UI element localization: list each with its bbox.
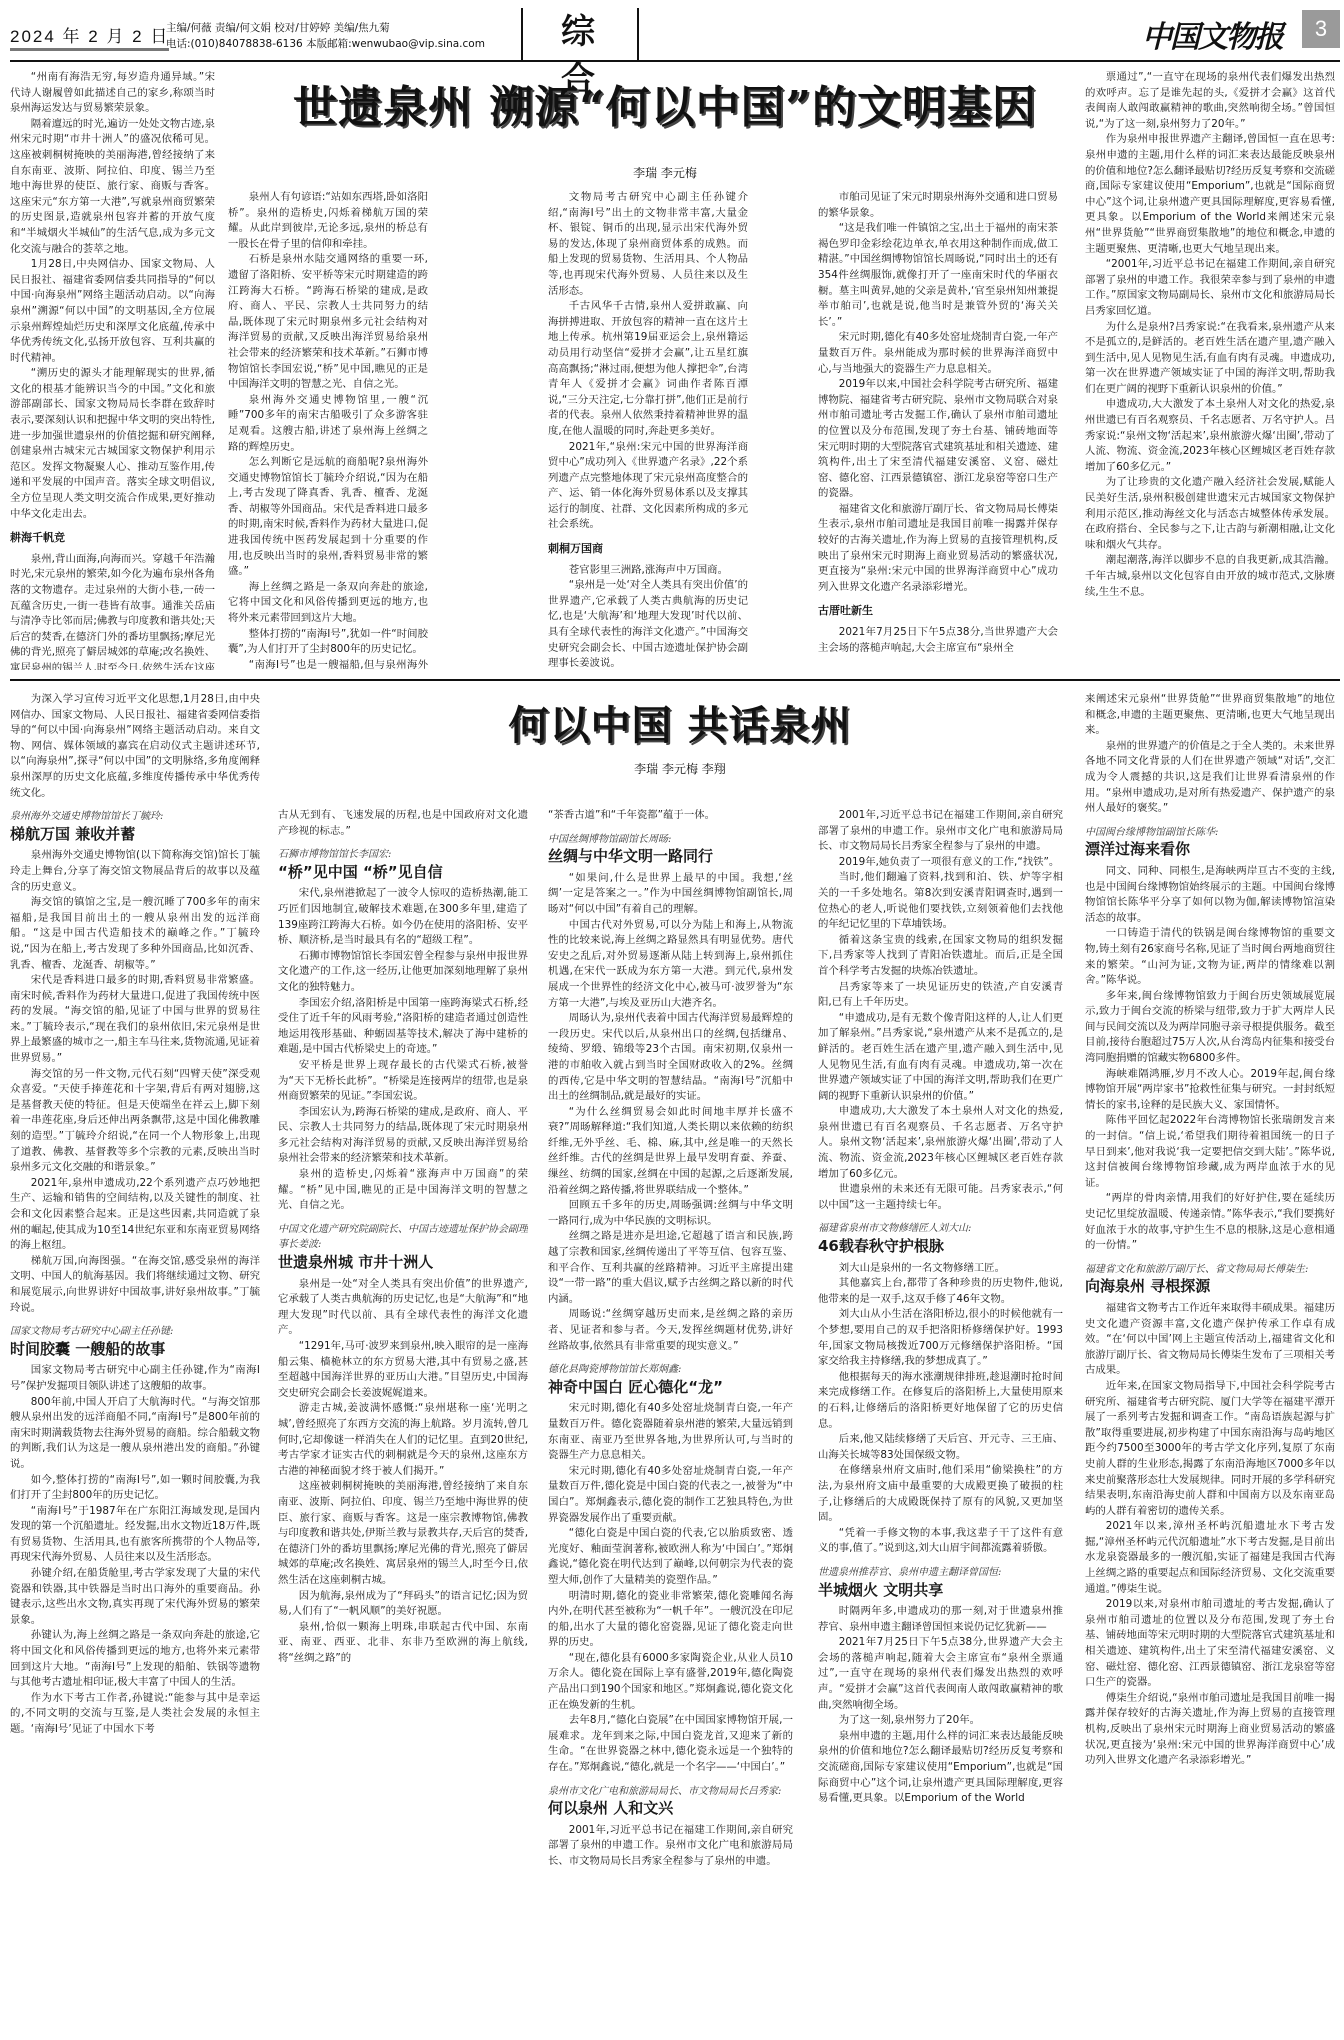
paragraph: 周旸认为,泉州代表着中国古代海洋贸易最辉煌的一段历史。宋代以后,从泉州出口的丝绸… <box>548 1011 793 1105</box>
continued-text: “茶香古道”和“千年瓷都”蕴于一体。 <box>548 808 793 824</box>
paragraph: 800年前,中国人开启了大航海时代。“与海交馆那艘从泉州出发的远洋商船不同,“南… <box>10 1395 260 1473</box>
speaker-kicker: 泉州市文化广电和旅游局局长、市文物局局长吕秀家: <box>548 1784 793 1800</box>
speaker-kicker: 国家文物局考古研究中心副主任孙键: <box>10 1324 260 1340</box>
speaker-kicker: 福建省文化和旅游厅副厅长、省文物局局长傅柒生: <box>1085 1262 1335 1278</box>
speaker-kicker: 德化县陶瓷博物馆馆长郑炯鑫: <box>548 1362 793 1378</box>
paragraph: 时隔两年多,申遗成功的那一刻,对于世遗泉州推荐官、泉州申遗主翻译曾国恒来说仍记忆… <box>818 1604 1063 1635</box>
paragraph: 宋代是香料进口最多的时期,香料贸易非常繁盛。南宋时候,香料作为药材大量进口,促进… <box>10 973 260 1067</box>
paragraph: 孙键介绍,在船货舱里,考古学家发现了大量的宋代瓷器和铁器,其中铁器是当时出口海外… <box>10 1566 260 1628</box>
paragraph: 文物局考古研究中心副主任孙键介绍,“南海Ⅰ号”出土的文物非常丰富,大量金杯、银锭… <box>548 190 748 299</box>
paragraph: 海交馆的另一件文物,元代石刻“四臂天使”深受观众喜爱。“天使手捧莲花和十字架,背… <box>10 1067 260 1176</box>
subheading: 耕海千帆竞 <box>10 530 215 546</box>
section-title: 神奇中国白 匠心德化“龙” <box>548 1380 793 1396</box>
paragraph: 2021年7月25日下午5点38分,世界遗产大会主会场的落槌声响起,随着大会主席… <box>818 1635 1063 1713</box>
article1-column-5: 票通过”,“一直守在现场的泉州代表们爆发出热烈的欢呼声。忘了是谁先起的头,《爱拼… <box>1085 70 1335 670</box>
paragraph: 2021年,泉州申遗成功,22个系列遗产点巧妙地把生产、运输和销售的空间结构,以… <box>10 1176 260 1254</box>
article1-column-1: “州南有海浩无穷,每岁造舟通异域。”宋代诗人谢履曾如此描述自己的家乡,称颂当时泉… <box>10 70 215 670</box>
speaker-kicker: 石狮市博物馆馆长李国宏: <box>278 847 528 863</box>
section-title: 综合 <box>521 8 639 60</box>
issue-date: 2024 年 2 月 2 日 <box>10 22 169 51</box>
speaker-kicker: 中国丝绸博物馆副馆长周旸: <box>548 832 793 848</box>
paragraph: 泉州,恰似一颗海上明珠,串联起古代中国、东南亚、南亚、西亚、北非、东非乃至欧洲的… <box>278 1620 528 1667</box>
paragraph: 多年来,闽台缘博物馆致力于闽台历史领域展览展示,致力于闽台交流的桥梁与纽带,致力… <box>1085 989 1335 1067</box>
paragraph: 泉州申遗的主题,用什么样的词汇来表达最能反映泉州的价值和地位?怎么翻译最贴切?经… <box>818 1729 1063 1807</box>
paragraph: “南海Ⅰ号”也是一艘福船,但与泉州海外交通史博物馆里的那艘不同。“综合船载文物判… <box>228 658 428 670</box>
paragraph: 2001年,习近平总书记在福建工作期间,亲自研究部署了泉州的申遗工作。泉州市文化… <box>818 808 1063 855</box>
section-title: 向海泉州 寻根探源 <box>1085 1279 1335 1295</box>
editor-names: 主编/何薇 责编/何文娟 校对/甘婷婷 美编/焦九菊 <box>166 20 485 36</box>
lead-paragraph: 为深入学习宣传习近平文化思想,1月28日,由中央网信办、国家文物局、人民日报社、… <box>10 692 260 801</box>
paragraph: 因为航海,泉州成为了“拜码头”的语言记忆;因为贸易,人们有了“一帆风顺”的美好祝… <box>278 1589 528 1620</box>
paragraph: 海交馆的镇馆之宝,是一艘沉睡了700多年的南宋福船,是我国目前出土的一艘从泉州出… <box>10 895 260 973</box>
paragraph: 刘大山是泉州的一名文物修缮工匠。 <box>818 1261 1063 1277</box>
paragraph: “这是我们唯一件镇馆之宝,出土于福州的南宋茶褐色罗印金彩绘花边单衣,单衣用这种制… <box>818 221 1058 330</box>
section-title: 世遗泉州城 市井十洲人 <box>278 1255 528 1271</box>
article1-column-2: 泉州人有句谚语:“站如东西塔,卧如洛阳桥”。泉州的造桥史,闪烁着梯航万国的荣耀。… <box>228 190 428 670</box>
paragraph: 泉州人有句谚语:“站如东西塔,卧如洛阳桥”。泉州的造桥史,闪烁着梯航万国的荣耀。… <box>228 190 428 252</box>
paragraph: 陈伟平回忆起2022年台湾博物馆长张瑞朗发言来的一封信。“信上说,‘希望我们期待… <box>1085 1113 1335 1191</box>
paragraph: “凭着一手修文物的本事,我这辈子干了这件有意义的事,值了。”说到这,刘大山眉宇间… <box>818 1526 1063 1557</box>
newspaper-logo: 中国文物报 <box>1142 12 1282 56</box>
paragraph: 中国古代对外贸易,可以分为陆上和海上,从物流性的比较来说,海上丝绸之路显然具有明… <box>548 918 793 1012</box>
paragraph: 这座被刺桐树掩映的美丽海港,曾经接纳了来自东南亚、波斯、阿拉伯、印度、锡兰乃至地… <box>278 1479 528 1588</box>
section-title: “桥”见中国 “桥”见自信 <box>278 865 528 881</box>
speaker-kicker: 世遗泉州推荐官、泉州申遗主翻译曾国恒: <box>818 1565 1063 1581</box>
paragraph: 游走古城,姜波满怀感慨:“泉州堪称一座‘光明之城’,曾经照亮了东西方交流的海上航… <box>278 1401 528 1479</box>
paragraph: 周旸说:“丝绸穿越历史而来,是丝绸之路的亲历者、见证者和参与者。今天,发挥丝绸题… <box>548 1307 793 1354</box>
paragraph: 宋元时期,德化有40多处窑址烧制青白瓷,一年产量数百万件,德化瓷是中国白瓷的代表… <box>548 1464 793 1526</box>
paragraph: 国家文物局考古研究中心副主任孙键,作为“南海Ⅰ号”保护发掘项目领队讲述了这艘船的… <box>10 1363 260 1394</box>
paragraph: 2019年以来,中国社会科学院考古研究所、福建博物院、福建省考古研究院、泉州市文… <box>818 377 1058 502</box>
paragraph: 作为水下考古工作者,孙键说:“能参与其中是幸运的,不同文明的交流与互鉴,是人类社… <box>10 1691 260 1738</box>
article2-column-3: “茶香古道”和“千年瓷都”蕴于一体。 中国丝绸博物馆副馆长周旸: 丝绸与中华文明… <box>548 808 793 2032</box>
paragraph: 申遗成功,大大激发了本土泉州人对文化的热爱,泉州世遗已有百名观察员、千名志愿者、… <box>818 1104 1063 1182</box>
paragraph: 宋代,泉州港掀起了一波令人惊叹的造桥热潮,能工巧匠们因地制宜,破解技术难题,在3… <box>278 886 528 948</box>
paragraph: 2021年以来,漳州圣杯屿沉船遗址水下考古发掘,“漳州圣杯屿元代沉船遗址”水下考… <box>1085 1519 1335 1597</box>
paragraph: 2019以来,对泉州市舶司遗址的考古发掘,确认了泉州市舶司遗址的位置以及分布范围… <box>1085 1597 1335 1691</box>
article2-column-4: 2001年,习近平总书记在福建工作期间,亲自研究部署了泉州的申遗工作。泉州市文化… <box>818 808 1063 2032</box>
paragraph: 千古风华千古情,泉州人爱拼敢赢、向海拼搏进取、开放包容的精神一直在这片土地上传承… <box>548 299 748 439</box>
paragraph: 福建省文物考古工作近年来取得丰硕成果。福建历史文化遗产资源丰富,文化遗产保护传承… <box>1085 1301 1335 1379</box>
paragraph: 宋元时期,德化有40多处窑址烧制青白瓷,一年产量数百万件。德化瓷器随着泉州港的繁… <box>548 1401 793 1463</box>
masthead: 2024 年 2 月 2 日 主编/何薇 责编/何文娟 校对/甘婷婷 美编/焦九… <box>0 0 1344 56</box>
paragraph: 丝绸之路是进亦是坦途,它超越了语言和民族,跨越了宗教和国家,丝绸传递出了平等互信… <box>548 1229 793 1307</box>
section-title: 时间胶囊 一艘船的故事 <box>10 1342 260 1358</box>
paragraph: 1月28日,中央网信办、国家文物局、人民日报社、福建省委网信委共同指导的“何以中… <box>10 257 215 366</box>
contact-info: 电话:(010)84078838-6136 本版邮箱:wenwubao@vip.… <box>166 36 485 52</box>
paragraph: 同文、同种、同根生,是海峡两岸亘古不变的主线,也是中国闽台缘博物馆始终展示的主题… <box>1085 864 1335 926</box>
section-title: 梯航万国 兼收并蓄 <box>10 827 260 843</box>
paragraph: 为什么是泉州?吕秀家说:“在我看来,泉州遗产从来不是孤立的,是鲜活的。老百姓生活… <box>1085 320 1335 398</box>
paragraph: 如今,整体打捞的“南海Ⅰ号”,如一颗时间胶囊,为我们打开了尘封800年的历史记忆… <box>10 1473 260 1504</box>
paragraph: 其他嘉宾上台,都带了各种珍贵的历史物件,他说,他带来的是一双手,这双手修了46年… <box>818 1276 1063 1307</box>
paragraph: 循着这条宝贵的线索,在国家文物局的组织发掘下,吕秀家等人找到了青阳冶铁遗址。而后… <box>818 933 1063 980</box>
paragraph: 隔着邅远的时光,遍访一处处文物古迹,泉州宋元时期“市井十洲人”的盛况依稀可见。这… <box>10 117 215 257</box>
paragraph: 2021年7月25日下午5点38分,当世界遗产大会主会场的落槌声响起,大会主席宣… <box>818 625 1058 656</box>
section-title: 何以泉州 人和文兴 <box>548 1801 793 1817</box>
paragraph: 海峡难隔鸿雁,岁月不改人心。2019年起,闽台缘博物馆开展“两岸家书”抢救性征集… <box>1085 1067 1335 1114</box>
paragraph: 吕秀家等来了一块见证历史的铁渣,产自安溪青阳,已有上千年历史。 <box>818 980 1063 1011</box>
paragraph: 泉州是一处“对全人类具有突出价值”的世界遗产,它承载了人类古典航海的历史记忆,也… <box>278 1277 528 1339</box>
paragraph: “两岸的骨肉亲情,用我们的好好护住,要在延续历史记忆里绽放温暖、传递亲情。”陈华… <box>1085 1191 1335 1253</box>
paragraph: 当时,他们翻遍了资料,找到和泊、铁、炉等字相关的一千多处地名。第8次到安溪青阳调… <box>818 870 1063 932</box>
paragraph: 明清时期,德化的瓷业非常繁荣,德化瓷雕闻名海内外,在明代甚至被称为“一帆千年”。… <box>548 1589 793 1651</box>
paragraph: 石狮市博物馆馆长李国宏曾全程参与泉州申报世界文化遗产的工作,这一经历,让他更加深… <box>278 949 528 996</box>
article1-column-3: 文物局考古研究中心副主任孙键介绍,“南海Ⅰ号”出土的文物非常丰富,大量金杯、银锭… <box>548 190 748 670</box>
paragraph: 宋元时期,德化有40多处窑址烧制青白瓷,一年产量数百万件。泉州能成为那时候的世界… <box>818 330 1058 377</box>
paragraph: 一口铸造于清代的铁锅是闽台缘博物馆的重要文物,铸土刻有26家商号名称,见证了当时… <box>1085 926 1335 988</box>
paragraph: 安平桥是世界上现存最长的古代梁式石桥,被誉为“天下无桥长此桥”。“桥梁是连接两岸… <box>278 1058 528 1105</box>
paragraph: 市舶司见证了宋元时期泉州海外交通和进口贸易的繁华景象。 <box>818 190 1058 221</box>
paragraph: 海上丝绸之路是一条双向奔赴的旅途,它将中国文化和风俗传播到更远的地方,也将外来元… <box>228 580 428 627</box>
paragraph: 2021年,“泉州:宋元中国的世界海洋商贸中心”成功列入《世界遗产名录》,22个… <box>548 440 748 534</box>
paragraph: 泉州,背山面海,向海而兴。穿越千年浩瀚时光,宋元泉州的繁荣,如今化为遍布泉州各角… <box>10 552 215 670</box>
paragraph: “申遗成功,是有无数个像青阳这样的人,让人们更加了解泉州。”吕秀家说,“泉州遗产… <box>818 1011 1063 1105</box>
article1-headline: 世遗泉州 溯源“何以中国”的文明基因 <box>240 80 1090 136</box>
speaker-kicker: 福建省泉州市文物修缮匠人刘大山: <box>818 1221 1063 1237</box>
paragraph: 整体打捞的“南海Ⅰ号”,犹如一件“时间胶囊”,为人们打开了尘封800年的历史记忆… <box>228 627 428 658</box>
subheading: 刺桐万国商 <box>548 541 748 557</box>
article2-column-5: 来阐述宋元泉州“世界货舱”“世界商贸集散地”的地位和概念,申遗的主题更聚焦、更清… <box>1085 692 1335 2032</box>
paragraph: 泉州海外交通史博物馆(以下简称海交馆)馆长丁毓玲走上舞台,分享了海交馆文物展品背… <box>10 848 260 895</box>
continued-text: 来阐述宋元泉州“世界货舱”“世界商贸集散地”的地位和概念,申遗的主题更聚焦、更清… <box>1085 692 1335 739</box>
paragraph: 作为泉州申报世界遗产主翻译,曾国恒一直在思考:泉州申遗的主题,用什么样的词汇来表… <box>1085 132 1335 257</box>
paragraph: 票通过”,“一直守在现场的泉州代表们爆发出热烈的欢呼声。忘了是谁先起的头,《爱拼… <box>1085 70 1335 132</box>
top-divider <box>10 60 1340 62</box>
paragraph: “如果问,什么是世界上最早的中国。我想,‘丝绸’一定是答案之一。”作为中国丝绸博… <box>548 871 793 918</box>
paragraph: 刘大山从小生活在洛阳桥边,很小的时候他就有一个梦想,要用自己的双手把洛阳桥修缮保… <box>818 1307 1063 1369</box>
paragraph: “州南有海浩无穷,每岁造舟通异域。”宋代诗人谢履曾如此描述自己的家乡,称颂当时泉… <box>10 70 215 117</box>
paragraph: 去年8月,“德化白瓷展”在中国国家博物馆开展,一展难求。龙年到来之际,中国白瓷龙… <box>548 1713 793 1775</box>
paragraph: 李国宏认为,跨海石桥梁的建成,是政府、商人、平民、宗教人士共同努力的结晶,既体现… <box>278 1105 528 1167</box>
article2-column-2: 古从无到有、飞速发展的历程,也是中国政府对文化遗产珍视的标志。” 石狮市博物馆馆… <box>278 808 528 2032</box>
paragraph: “德化白瓷是中国白瓷的代表,它以胎质致密、透光度好、釉面莹润著称,被欧洲人称为‘… <box>548 1526 793 1588</box>
article1-column-4: 市舶司见证了宋元时期泉州海外交通和进口贸易的繁华景象。 “这是我们唯一件镇馆之宝… <box>818 190 1058 670</box>
paragraph: 为了让珍贵的文化遗产融入经济社会发展,赋能人民美好生活,泉州积极创建世遗宋元古城… <box>1085 475 1335 553</box>
paragraph: 李国宏介绍,洛阳桥是中国第一座跨海梁式石桥,经受住了近千年的风雨考验,“洛阳桥的… <box>278 996 528 1058</box>
paragraph: “溯历史的源头才能理解现实的世界,循文化的根基才能辨识当今的中国。”文化和旅游部… <box>10 366 215 522</box>
paragraph: “泉州是一处‘对全人类具有突出价值’的世界遗产,它承载了人类古典航海的历史记忆,… <box>548 578 748 670</box>
speaker-kicker: 中国闽台缘博物馆副馆长陈华: <box>1085 825 1335 841</box>
section-title: 46载春秋守护根脉 <box>818 1239 1063 1255</box>
paragraph: 怎么判断它是远航的商船呢?泉州海外交通史博物馆馆长丁毓玲介绍说,“因为在船上,考… <box>228 455 428 580</box>
paragraph: 申遗成功,大大激发了本土泉州人对文化的热爱,泉州世遗已有百名观察员、千名志愿者、… <box>1085 397 1335 475</box>
paragraph: “2001年,习近平总书记在福建工作期间,亲自研究部署了泉州的申遗工作。我很荣幸… <box>1085 257 1335 319</box>
paragraph: 2019年,她负责了一项很有意义的工作,“找铁”。 <box>818 855 1063 871</box>
section-title: 丝绸与中华文明一路同行 <box>548 849 793 865</box>
paragraph: “1291年,马可·波罗来到泉州,映入眼帘的是一座海船云集、樯桅林立的东方贸易大… <box>278 1339 528 1401</box>
paragraph: 石桥是泉州水陆交通网络的重要一环,遗留了洛阳桥、安平桥等宋元时期建造的跨江跨海大… <box>228 252 428 392</box>
article2-headline: 何以中国 共话泉州 <box>380 700 980 752</box>
article2-byline: 李瑞 李元梅 李翔 <box>380 760 980 777</box>
paragraph: “现在,德化县有6000多家陶瓷企业,从业人员10万余人。德化瓷在国际上享有盛誉… <box>548 1651 793 1713</box>
speaker-kicker: 中国文化遗产研究院副院长、中国古迹遗址保护协会副理事长姜波: <box>278 1222 528 1253</box>
paragraph: 在修缮泉州府文庙时,他们采用“偷梁换柱”的方法,为泉州府文庙中最重要的大成殿更换… <box>818 1463 1063 1525</box>
paragraph: 泉州的世界遗产的价值是之于全人类的。未来世界各地不同文化背景的人们在世界遗产领域… <box>1085 739 1335 817</box>
article-divider <box>10 679 1340 681</box>
paragraph: “为什么丝绸贸易会如此时间地丰厚并长盛不衰?”周旸解释道:“我们知道,人类长期以… <box>548 1105 793 1199</box>
paragraph: 傅柒生介绍说,“泉州市舶司遗址是我国目前唯一揭露并保存较好的古海关遗址,作为海上… <box>1085 1691 1335 1769</box>
paragraph: 福建省文化和旅游厅副厅长、省文物局局长傅柒生表示,泉州市舶司遗址是我国目前唯一揭… <box>818 502 1058 596</box>
paragraph: 回顾五千多年的历史,周旸强调:丝绸与中华文明一路同行,成为中华民族的文明标识。 <box>548 1198 793 1229</box>
editor-credits: 主编/何薇 责编/何文娟 校对/甘婷婷 美编/焦九菊 电话:(010)84078… <box>166 20 485 52</box>
paragraph: 世遗泉州的未来还有无限可能。吕秀家表示,“何以中国”这一主题持续七年。 <box>818 1182 1063 1213</box>
section-title: 半城烟火 文明共享 <box>818 1583 1063 1599</box>
paragraph: 后来,他又陆续修缮了天后宫、开元寺、三王庙、山海关长城等83处国保级文物。 <box>818 1432 1063 1463</box>
continued-text: 古从无到有、飞速发展的历程,也是中国政府对文化遗产珍视的标志。” <box>278 808 528 839</box>
paragraph: 苍官影里三洲路,涨海声中万国商。 <box>548 563 748 579</box>
paragraph: 泉州的造桥史,闪烁着“涨海声中万国商”的荣耀。“桥”见中国,瞧见的正是中国海洋文… <box>278 1167 528 1214</box>
page-number: 3 <box>1302 10 1340 48</box>
paragraph: “南海Ⅰ号”于1987年在广东阳江海域发现,是国内发现的第一个沉船遗址。经发掘,… <box>10 1504 260 1566</box>
paragraph: 为了这一刻,泉州努力了20年。 <box>818 1713 1063 1729</box>
speaker-kicker: 泉州海外交通史博物馆馆长丁毓玲: <box>10 809 260 825</box>
paragraph: 2001年,习近平总书记在福建工作期间,亲自研究部署了泉州的申遗工作。泉州市文化… <box>548 1823 793 1870</box>
paragraph: 他根据每天的海水涨潮规律排班,趁退潮时抢时间来完成修缮工作。在修复后的洛阳桥上,… <box>818 1370 1063 1432</box>
paragraph: 近年来,在国家文物局指导下,中国社会科学院考古研究所、福建省考古研究院、厦门大学… <box>1085 1379 1335 1519</box>
paragraph: 梯航万国,向海图强。“在海交馆,感受泉州的海洋文明、中国人的航海基因。我们将继续… <box>10 1254 260 1316</box>
subheading: 古厝吐新生 <box>818 603 1058 619</box>
article1-byline: 李瑞 李元梅 <box>240 164 1090 181</box>
paragraph: 泉州海外交通史博物馆里,一艘“沉睡”700多年的南宋古船吸引了众多游客驻足观看。… <box>228 393 428 455</box>
paragraph: 孙键认为,海上丝绸之路是一条双向奔赴的旅途,它将中国文化和风俗传播到更远的地方,… <box>10 1628 260 1690</box>
section-title: 漂洋过海来看你 <box>1085 842 1335 858</box>
paragraph: 潮起潮落,海洋以脚步不息的自我更新,成其浩瀚。千年古城,泉州以文化包容自由开放的… <box>1085 553 1335 600</box>
article2-column-1: 为深入学习宣传习近平文化思想,1月28日,由中央网信办、国家文物局、人民日报社、… <box>10 692 260 2032</box>
